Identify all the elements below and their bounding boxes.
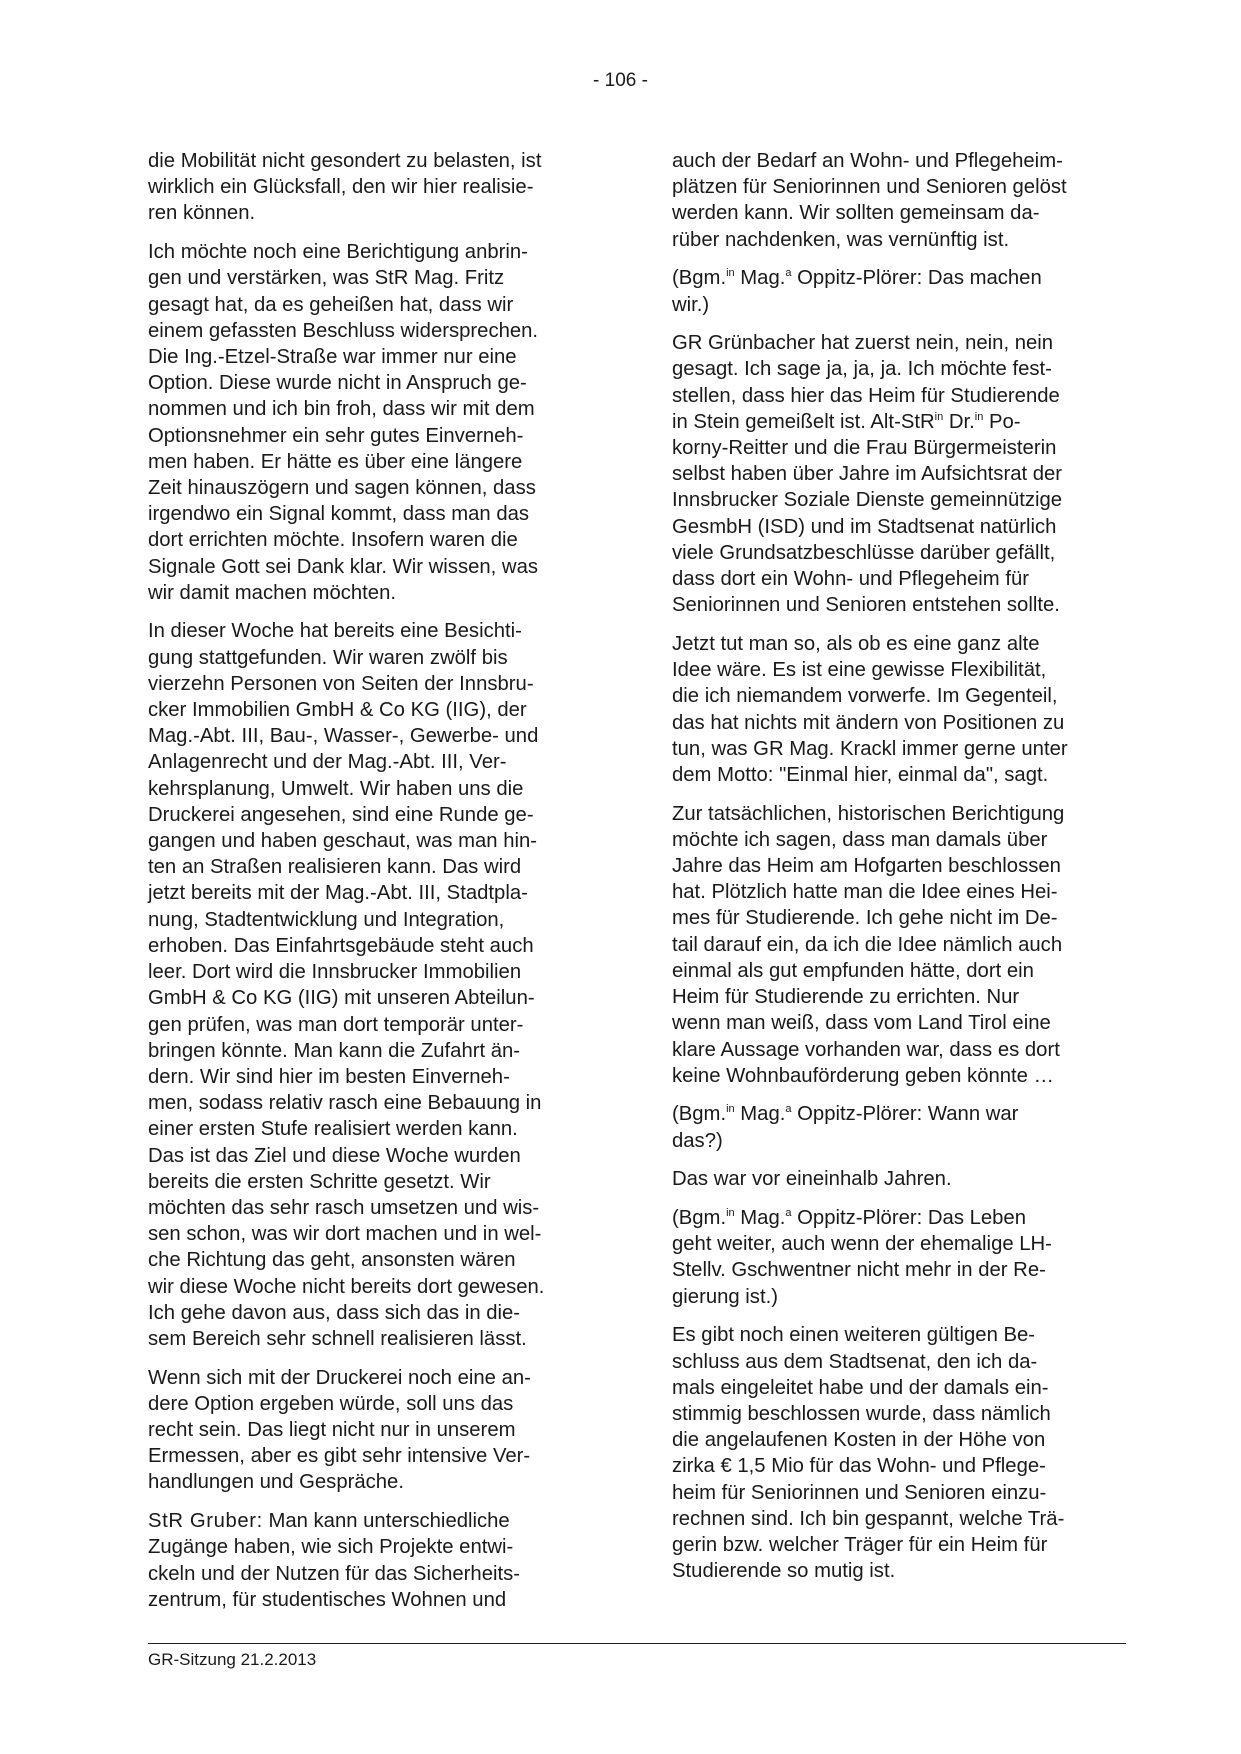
body-paragraph: auch der Bedarf an Wohn- und Pflegeheim-… — [672, 148, 1127, 253]
body-paragraph: Wenn sich mit der Druckerei noch eine an… — [148, 1365, 603, 1496]
text-line: Mag.-Abt. III, Bau-, Wasser-, Gewerbe- u… — [148, 723, 603, 749]
body-paragraph: Das war vor eineinhalb Jahren. — [672, 1166, 1127, 1192]
text-line: recht sein. Das liegt nicht nur in unser… — [148, 1417, 603, 1443]
text-line: die Mobilität nicht gesondert zu belaste… — [148, 148, 603, 174]
text-line: In dieser Woche hat bereits eine Besicht… — [148, 618, 603, 644]
text-line: Das war vor eineinhalb Jahren. — [672, 1166, 1127, 1192]
text-line: cker Immobilien GmbH & Co KG (IIG), der — [148, 697, 603, 723]
text-line: Anlagenrecht und der Mag.-Abt. III, Ver- — [148, 749, 603, 775]
text-line: geht weiter, auch wenn der ehemalige LH- — [672, 1231, 1127, 1257]
text-line: einmal als gut empfunden hätte, dort ein — [672, 958, 1127, 984]
text-line: leer. Dort wird die Innsbrucker Immobili… — [148, 959, 603, 985]
superscript: in — [726, 1103, 735, 1115]
text-line: StR Gruber: Man kann unterschiedliche — [148, 1508, 603, 1534]
superscript: in — [975, 411, 984, 423]
text-line: tail darauf ein, da ich die Idee nämlich… — [672, 932, 1127, 958]
text-line: möchte ich sagen, dass man damals über — [672, 827, 1127, 853]
text-line: korny-Reitter und die Frau Bürgermeister… — [672, 435, 1127, 461]
body-paragraph: StR Gruber: Man kann unterschiedlicheZug… — [148, 1508, 603, 1613]
interjection-paragraph: (Bgm.in Mag.a Oppitz-Plörer: Das Lebenge… — [672, 1205, 1127, 1310]
text-line: wenn man weiß, dass vom Land Tirol eine — [672, 1010, 1127, 1036]
text-line: dere Option ergeben würde, soll uns das — [148, 1391, 603, 1417]
text-line: das?) — [672, 1128, 1127, 1154]
text-line: men haben. Er hätte es über eine längere — [148, 449, 603, 475]
text-line: jetzt bereits mit der Mag.-Abt. III, Sta… — [148, 880, 603, 906]
text-line: das hat nichts mit ändern von Positionen… — [672, 710, 1127, 736]
superscript: a — [785, 1103, 791, 1115]
text-line: Signale Gott sei Dank klar. Wir wissen, … — [148, 554, 603, 580]
superscript: in — [726, 1207, 735, 1219]
text-line: gesagt. Ich sage ja, ja, ja. Ich möchte … — [672, 356, 1127, 382]
text-line: werden kann. Wir sollten gemeinsam da- — [672, 200, 1127, 226]
text-line: Seniorinnen und Senioren entstehen sollt… — [672, 592, 1127, 618]
text-line: nommen und ich bin froh, dass wir mit de… — [148, 396, 603, 422]
text-line: erhoben. Das Einfahrtsgebäude steht auch — [148, 933, 603, 959]
text-line: bereits die ersten Schritte gesetzt. Wir — [148, 1169, 603, 1195]
text-line: sem Bereich sehr schnell realisieren läs… — [148, 1326, 603, 1352]
text-line: rüber nachdenken, was vernünftig ist. — [672, 227, 1127, 253]
text-line: Wenn sich mit der Druckerei noch eine an… — [148, 1365, 603, 1391]
text-line: (Bgm.in Mag.a Oppitz-Plörer: Das Leben — [672, 1205, 1127, 1231]
page-number: - 106 - — [0, 70, 1241, 92]
text-line: bringen könnte. Man kann die Zufahrt än- — [148, 1038, 603, 1064]
text-line: heim für Seniorinnen und Senioren einzu- — [672, 1480, 1127, 1506]
text-line: klare Aussage vorhanden war, dass es dor… — [672, 1037, 1127, 1063]
text-line: Die Ing.-Etzel-Straße war immer nur eine — [148, 344, 603, 370]
superscript: a — [785, 267, 791, 279]
text-line: Das ist das Ziel und diese Woche wurden — [148, 1143, 603, 1169]
text-line: hat. Plötzlich hatte man die Idee eines … — [672, 879, 1127, 905]
text-line: stimmig beschlossen wurde, dass nämlich — [672, 1401, 1127, 1427]
text-line: Druckerei angesehen, sind eine Runde ge- — [148, 802, 603, 828]
text-line: auch der Bedarf an Wohn- und Pflegeheim- — [672, 148, 1127, 174]
text-line: Ich möchte noch eine Berichtigung anbrin… — [148, 239, 603, 265]
left-column: die Mobilität nicht gesondert zu belaste… — [148, 148, 603, 1625]
body-paragraph: Jetzt tut man so, als ob es eine ganz al… — [672, 631, 1127, 788]
text-line: viele Grundsatzbeschlüsse darüber gefäll… — [672, 540, 1127, 566]
text-line: einem gefassten Beschluss widersprechen. — [148, 318, 603, 344]
text-line: gen und verstärken, was StR Mag. Fritz — [148, 265, 603, 291]
superscript: in — [726, 267, 735, 279]
text-line: Innsbrucker Soziale Dienste gemeinnützig… — [672, 487, 1127, 513]
text-line: wir damit machen möchten. — [148, 580, 603, 606]
text-line: die angelaufenen Kosten in der Höhe von — [672, 1427, 1127, 1453]
text-line: wirklich ein Glücksfall, den wir hier re… — [148, 174, 603, 200]
text-line: plätzen für Seniorinnen und Senioren gel… — [672, 174, 1127, 200]
text-line: handlungen und Gespräche. — [148, 1469, 603, 1495]
text-line: Idee wäre. Es ist eine gewisse Flexibili… — [672, 657, 1127, 683]
text-line: zentrum, für studentisches Wohnen und — [148, 1587, 603, 1613]
interjection-paragraph: (Bgm.in Mag.a Oppitz-Plörer: Wann wardas… — [672, 1101, 1127, 1153]
text-line: keine Wohnbauförderung geben könnte … — [672, 1063, 1127, 1089]
text-line: dem Motto: "Einmal hier, einmal da", sag… — [672, 762, 1127, 788]
text-line: Option. Diese wurde nicht in Anspruch ge… — [148, 370, 603, 396]
text-line: Heim für Studierende zu errichten. Nur — [672, 984, 1127, 1010]
text-line: (Bgm.in Mag.a Oppitz-Plörer: Wann war — [672, 1101, 1127, 1127]
text-line: die ich niemandem vorwerfe. Im Gegenteil… — [672, 683, 1127, 709]
text-line: Studierende so mutig ist. — [672, 1558, 1127, 1584]
text-line: ten an Straßen realisieren kann. Das wir… — [148, 854, 603, 880]
text-line: schluss aus dem Stadtsenat, den ich da- — [672, 1349, 1127, 1375]
body-paragraph: Es gibt noch einen weiteren gültigen Be-… — [672, 1322, 1127, 1584]
text-line: GesmbH (ISD) und im Stadtsenat natürlich — [672, 514, 1127, 540]
body-paragraph: Zur tatsächlichen, historischen Berichti… — [672, 801, 1127, 1089]
body-paragraph: Ich möchte noch eine Berichtigung anbrin… — [148, 239, 603, 606]
text-line: Jahre das Heim am Hofgarten beschlossen — [672, 853, 1127, 879]
text-line: dass dort ein Wohn- und Pflegeheim für — [672, 566, 1127, 592]
text-line: mes für Studierende. Ich gehe nicht im D… — [672, 905, 1127, 931]
text-line: einer ersten Stufe realisiert werden kan… — [148, 1116, 603, 1142]
text-line: Zur tatsächlichen, historischen Berichti… — [672, 801, 1127, 827]
text-line: rechnen sind. Ich bin gespannt, welche T… — [672, 1506, 1127, 1532]
text-line: Zeit hinauszögern und sagen können, dass — [148, 475, 603, 501]
text-line: tun, was GR Mag. Krackl immer gerne unte… — [672, 736, 1127, 762]
text-line: Ermessen, aber es gibt sehr intensive Ve… — [148, 1443, 603, 1469]
superscript: a — [785, 1207, 791, 1219]
superscript: in — [935, 411, 944, 423]
text-line: selbst haben über Jahre im Aufsichtsrat … — [672, 461, 1127, 487]
text-line: Zugänge haben, wie sich Projekte entwi- — [148, 1534, 603, 1560]
text-line: wir.) — [672, 292, 1127, 318]
text-line: Stellv. Gschwentner nicht mehr in der Re… — [672, 1257, 1127, 1283]
text-line: Ich gehe davon aus, dass sich das in die… — [148, 1300, 603, 1326]
text-line: gangen und haben geschaut, was man hin- — [148, 828, 603, 854]
text-line: möchten das sehr rasch umsetzen und wis- — [148, 1195, 603, 1221]
interjection-paragraph: (Bgm.in Mag.a Oppitz-Plörer: Das machenw… — [672, 265, 1127, 317]
text-line: Optionsnehmer ein sehr gutes Einverneh- — [148, 423, 603, 449]
footer-session-date: GR-Sitzung 21.2.2013 — [148, 1650, 316, 1670]
text-line: che Richtung das geht, ansonsten wären — [148, 1247, 603, 1273]
text-line: stellen, dass hier das Heim für Studiere… — [672, 383, 1127, 409]
body-paragraph: die Mobilität nicht gesondert zu belaste… — [148, 148, 603, 227]
text-line: dort errichten möchte. Insofern waren di… — [148, 527, 603, 553]
text-line: vierzehn Personen von Seiten der Innsbru… — [148, 671, 603, 697]
text-line: Jetzt tut man so, als ob es eine ganz al… — [672, 631, 1127, 657]
text-line: gesagt hat, da es geheißen hat, dass wir — [148, 292, 603, 318]
text-line: mals eingeleitet habe und der damals ein… — [672, 1375, 1127, 1401]
text-line: men, sodass relativ rasch eine Bebauung … — [148, 1090, 603, 1116]
text-line: sen schon, was wir dort machen und in we… — [148, 1221, 603, 1247]
text-line: irgendwo ein Signal kommt, dass man das — [148, 501, 603, 527]
text-line: kehrsplanung, Umwelt. Wir haben uns die — [148, 776, 603, 802]
speaker-label: StR Gruber: — [148, 1510, 263, 1532]
text-line: ren können. — [148, 200, 603, 226]
text-line: gen prüfen, was man dort temporär unter- — [148, 1012, 603, 1038]
text-line: Es gibt noch einen weiteren gültigen Be- — [672, 1322, 1127, 1348]
body-paragraph: GR Grünbacher hat zuerst nein, nein, nei… — [672, 330, 1127, 618]
text-line: (Bgm.in Mag.a Oppitz-Plörer: Das machen — [672, 265, 1127, 291]
text-line: zirka € 1,5 Mio für das Wohn- und Pflege… — [672, 1453, 1127, 1479]
text-line: gierung ist.) — [672, 1284, 1127, 1310]
text-line: ckeln und der Nutzen für das Sicherheits… — [148, 1561, 603, 1587]
text-line: gung stattgefunden. Wir waren zwölf bis — [148, 645, 603, 671]
body-paragraph: In dieser Woche hat bereits eine Besicht… — [148, 618, 603, 1352]
text-line: GR Grünbacher hat zuerst nein, nein, nei… — [672, 330, 1127, 356]
text-line: wir diese Woche nicht bereits dort gewes… — [148, 1274, 603, 1300]
text-line: GmbH & Co KG (IIG) mit unseren Abteilun- — [148, 985, 603, 1011]
text-line: dern. Wir sind hier im besten Einverneh- — [148, 1064, 603, 1090]
text-line: in Stein gemeißelt ist. Alt-StRin Dr.in … — [672, 409, 1127, 435]
footer-divider — [148, 1643, 1126, 1644]
right-column: auch der Bedarf an Wohn- und Pflegeheim-… — [672, 148, 1127, 1597]
text-line: gerin bzw. welcher Träger für ein Heim f… — [672, 1532, 1127, 1558]
text-line: nung, Stadtentwicklung und Integration, — [148, 907, 603, 933]
